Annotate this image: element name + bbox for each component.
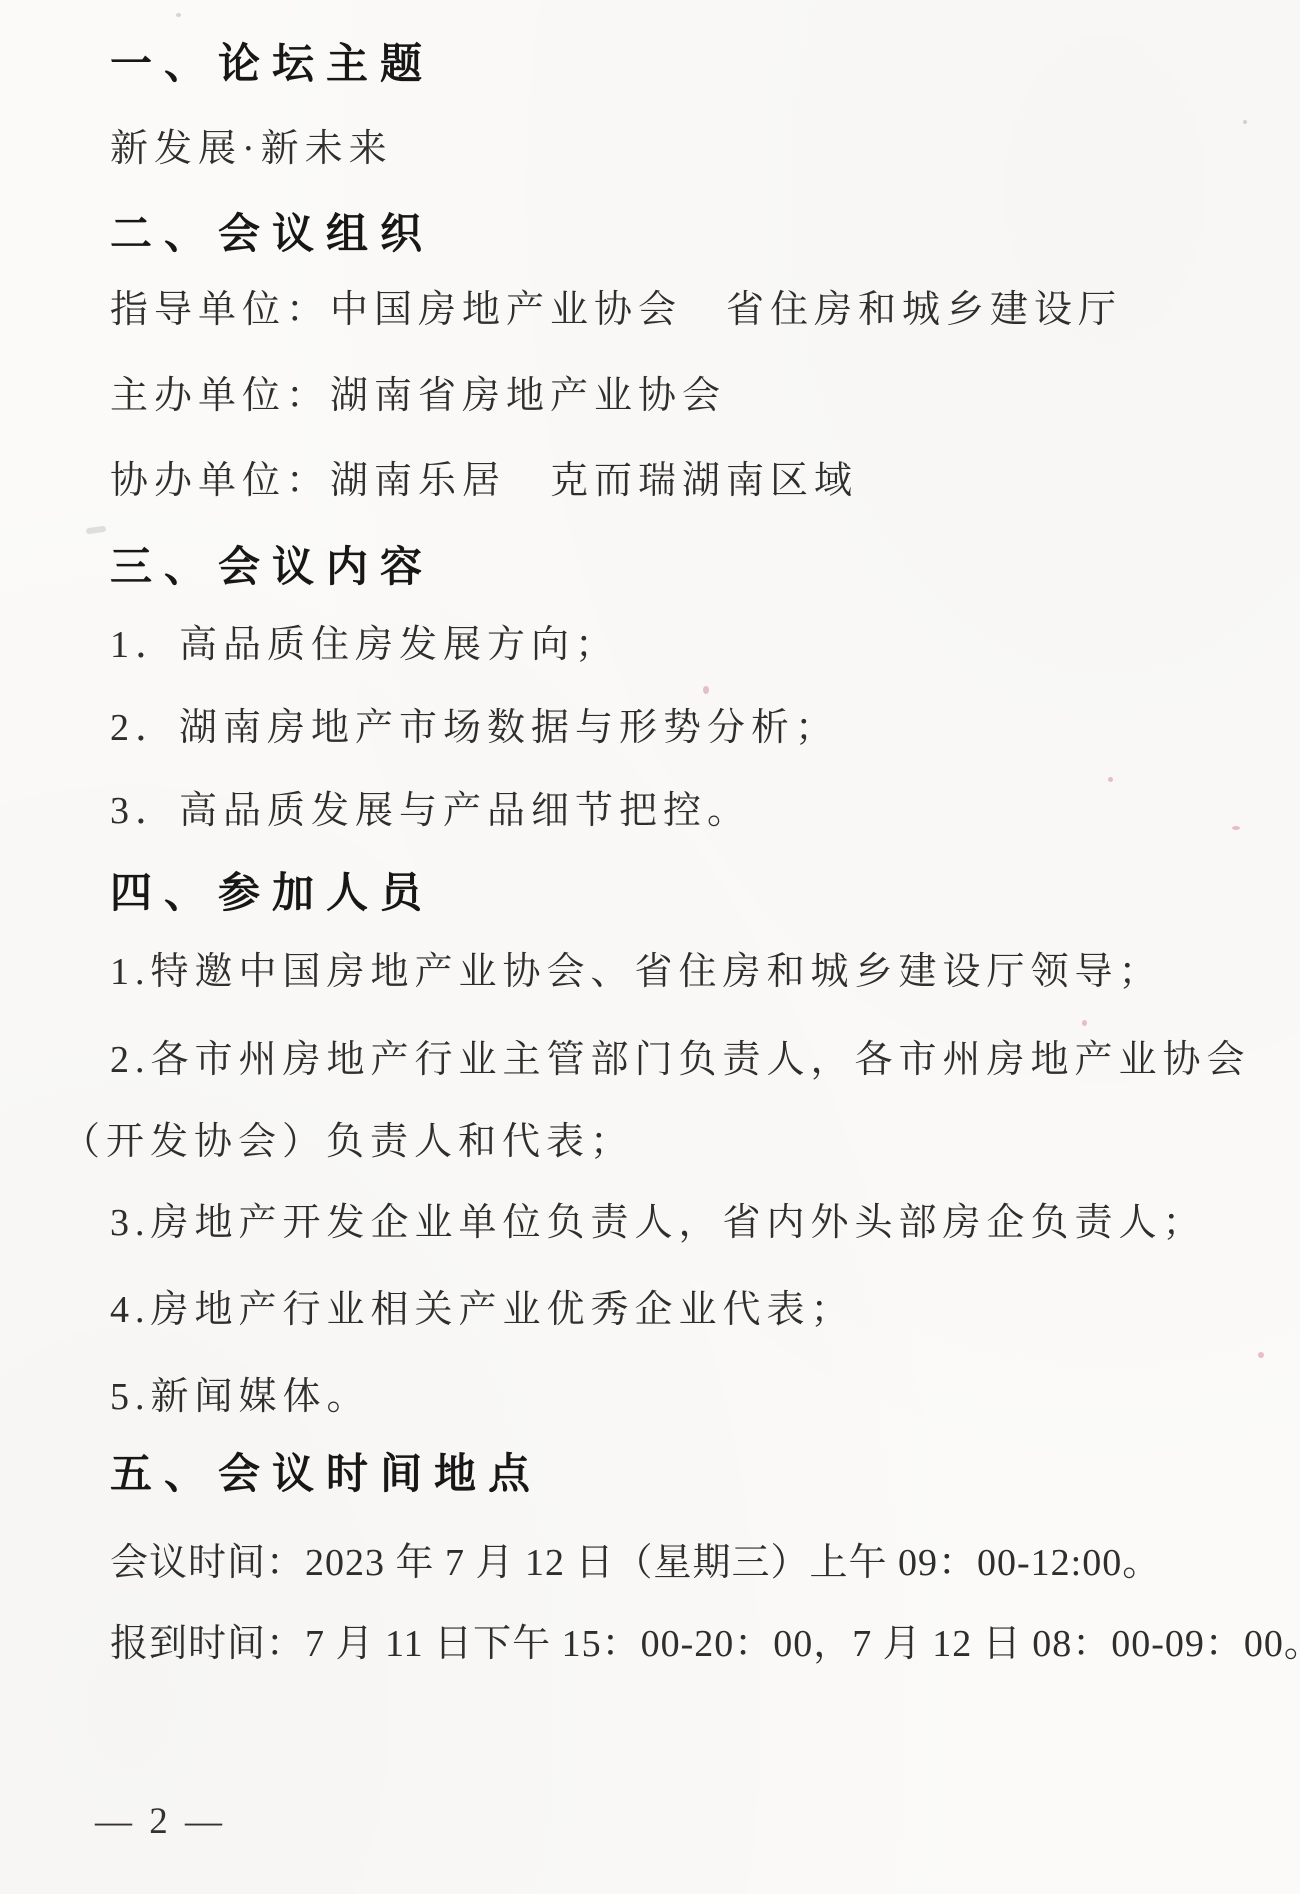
scanned-document-page: 一、论坛主题 新发展·新未来 二、会议组织 指导单位：中国房地产业协会 省住房和… xyxy=(0,0,1300,1894)
forum-theme-text: 新发展·新未来 xyxy=(110,126,393,172)
section-heading-time-place: 五、会议时间地点 xyxy=(110,1450,542,1498)
participants-item-2-continuation: （开发协会）负责人和代表； xyxy=(62,1119,634,1165)
section-heading-participants: 四、参加人员 xyxy=(110,869,434,917)
host-unit-line: 主办单位：湖南省房地产业协会 xyxy=(110,373,726,419)
scan-speck xyxy=(1243,120,1247,124)
content-item-2: 2．湖南房地产市场数据与形势分析； xyxy=(110,705,839,751)
participants-item-3: 3.房地产开发企业单位负责人，省内外头部房企负责人； xyxy=(110,1200,1207,1246)
scan-speck xyxy=(1258,1352,1264,1358)
scan-speck xyxy=(1232,826,1240,830)
scan-speck xyxy=(176,13,181,17)
participants-item-2: 2.各市州房地产行业主管部门负责人，各市州房地产业协会 xyxy=(110,1037,1251,1083)
participants-item-5: 5.新闻媒体。 xyxy=(110,1374,371,1420)
content-item-3: 3．高品质发展与产品细节把控。 xyxy=(110,788,751,834)
participants-item-4: 4.房地产行业相关产业优秀企业代表； xyxy=(110,1287,855,1333)
scan-speck xyxy=(703,686,709,694)
scan-speck xyxy=(1082,1020,1087,1026)
participants-item-1: 1.特邀中国房地产业协会、省住房和城乡建设厅领导； xyxy=(110,949,1163,995)
section-heading-forum-theme: 一、论坛主题 xyxy=(110,40,434,88)
meeting-time-line: 会议时间：2023 年 7 月 12 日（星期三）上午 09：00-12:00。 xyxy=(110,1540,1161,1586)
co-organizer-line: 协办单位：湖南乐居 克而瑞湖南区域 xyxy=(110,458,858,504)
section-heading-meeting-organization: 二、会议组织 xyxy=(110,210,434,258)
guiding-units-line: 指导单位：中国房地产业协会 省住房和城乡建设厅 xyxy=(110,287,1122,333)
registration-time-line: 报到时间：7 月 11 日下午 15：00-20：00，7 月 12 日 08：… xyxy=(110,1621,1300,1667)
scan-smudge xyxy=(86,526,107,535)
section-heading-meeting-content: 三、会议内容 xyxy=(110,543,434,591)
page-number: — 2 — xyxy=(95,1800,226,1843)
scan-speck xyxy=(1108,777,1113,782)
content-item-1: 1．高品质住房发展方向； xyxy=(110,622,619,668)
